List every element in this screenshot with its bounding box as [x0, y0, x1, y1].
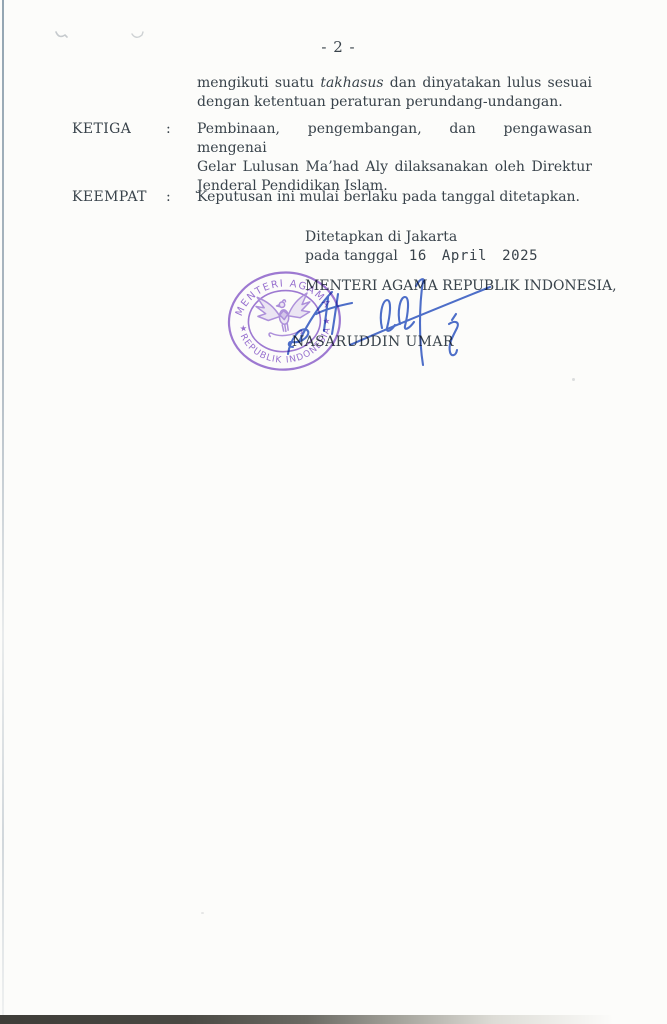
clause-continuation: mengikuti suatu takhasus dan dinyatakan …: [197, 74, 592, 112]
decree-content-ketiga: Pembinaan, pengembangan, dan pengawasan …: [197, 120, 592, 196]
decree-line: Pembinaan, pengembangan, dan pengawasan …: [197, 120, 592, 158]
scan-edge-left: [2, 0, 4, 1024]
clause-line: mengikuti suatu takhasus dan dinyatakan …: [197, 74, 592, 93]
stamp-star-left-icon: ★: [239, 324, 248, 335]
handwritten-signature: [268, 264, 508, 386]
scan-edge-bottom: [0, 1015, 667, 1024]
clause-italic-term: takhasus: [320, 75, 383, 91]
decree-line: Gelar Lulusan Ma’had Aly dilaksanakan ol…: [197, 158, 592, 177]
clause-text: dan dinyatakan lulus sesuai: [390, 75, 592, 91]
scan-speck: [201, 912, 204, 914]
decree-separator: :: [166, 120, 176, 139]
decree-separator: :: [166, 188, 176, 207]
decree-content-keempat: Keputusan ini mulai berlaku pada tanggal…: [197, 188, 592, 207]
clause-text: mengikuti suatu: [197, 75, 314, 91]
scan-speck: [572, 378, 575, 381]
page-number: - 2 -: [0, 38, 667, 56]
decree-label-ketiga: KETIGA: [72, 120, 167, 139]
closing-date-prefix: pada tanggal: [305, 248, 398, 264]
scanned-decree-page: - 2 - mengikuti suatu takhasus dan dinya…: [0, 0, 667, 1024]
clause-line: dengan ketentuan peraturan perundang-und…: [197, 93, 592, 112]
closing-place: Ditetapkan di Jakarta: [305, 228, 457, 247]
decree-label-keempat: KEEMPAT: [72, 188, 167, 207]
decree-line: Keputusan ini mulai berlaku pada tanggal…: [197, 188, 592, 207]
closing-date-value: 16 April 2025: [409, 248, 538, 264]
